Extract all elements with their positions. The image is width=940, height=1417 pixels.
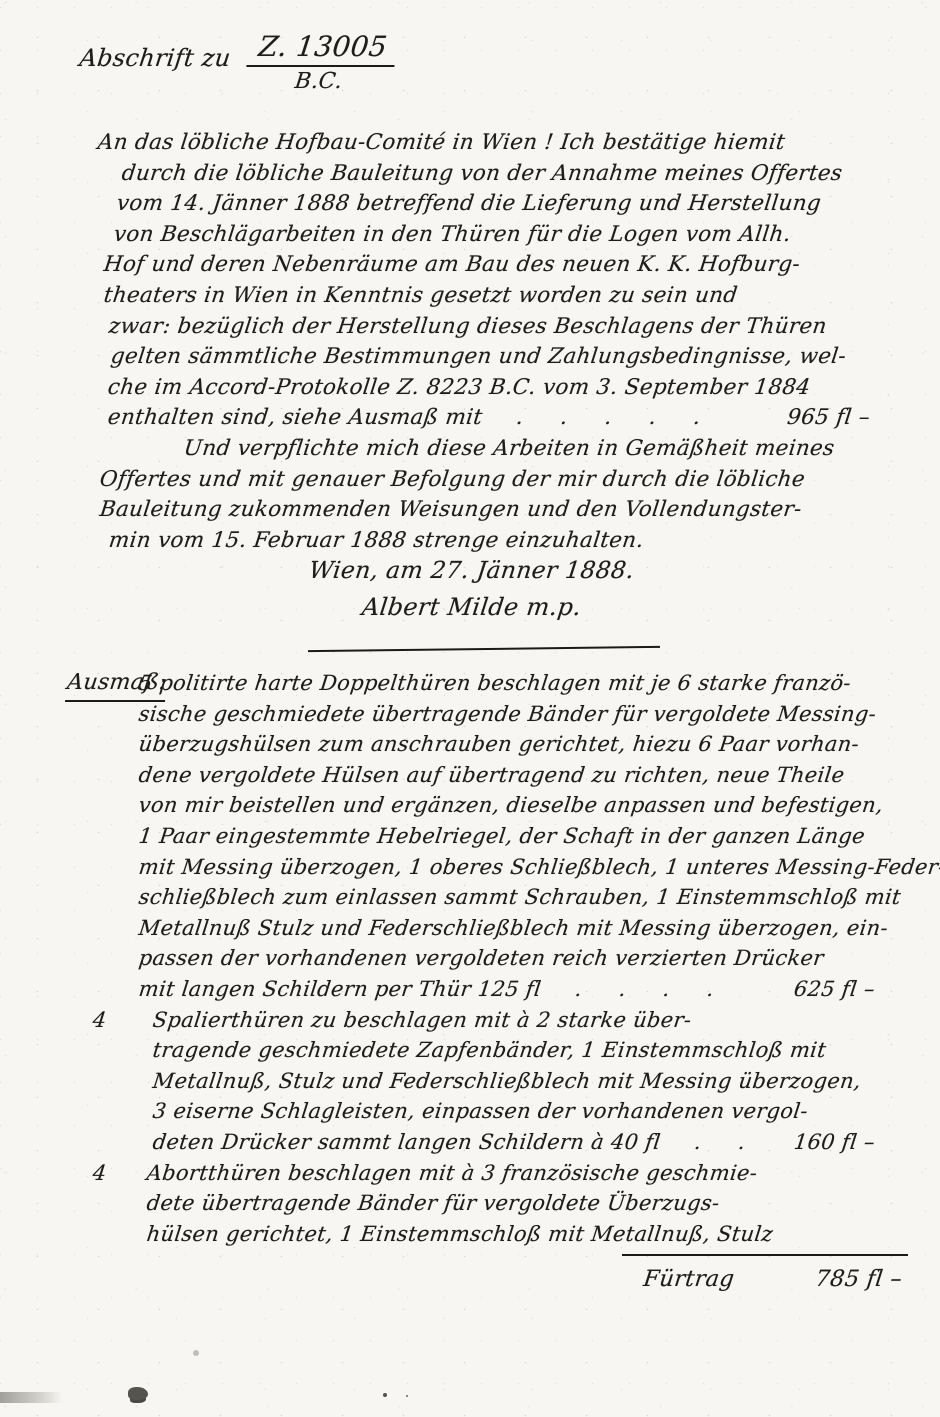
letter-line: Offertes und mit genauer Befolgung der m…	[98, 465, 876, 496]
letter-line: Hof und deren Nebenräume am Bau des neue…	[102, 250, 876, 281]
dateline: Wien, am 27. Jänner 1888.	[60, 556, 883, 584]
file-office: B.C.	[243, 67, 395, 94]
ausmass-section: Ausmaß: 5 politirte harte Doppelthüren b…	[65, 668, 877, 1249]
letter-line: che im Accord-Protokolle Z. 8223 B.C. vo…	[106, 373, 876, 404]
item-number: 4	[91, 1158, 108, 1189]
speck-artifact	[193, 1350, 199, 1356]
item-line: dene vergoldete Hülsen auf übertragend z…	[137, 760, 881, 791]
item-line: passen der vorhandenen vergoldeten reich…	[137, 943, 881, 974]
letter-line: vom 14. Jänner 1888 betreffend die Liefe…	[115, 189, 876, 220]
dot-leaders: . . . .	[540, 977, 716, 1001]
ausmass-item-abortthueren: 4 Abortthüren beschlagen mit à 3 französ…	[137, 1158, 877, 1250]
amount-value: 160 fl –	[792, 1127, 877, 1158]
ausmass-item-doppelthueren: 5 politirte harte Doppelthüren beschlage…	[137, 668, 877, 1005]
item-line: überzugshülsen zum anschrauben gerichtet…	[137, 729, 881, 760]
scan-edge-artifact	[0, 1392, 62, 1403]
item-line: tragende geschmiedete Zapfenbänder, 1 Ei…	[151, 1035, 881, 1066]
letter-line: durch die löbliche Bauleitung von der An…	[120, 159, 876, 190]
letter-line: An das löbliche Hofbau-Comité in Wien ! …	[96, 128, 876, 159]
letter-sum-line: enthalten sind, siehe Ausmaß mit. . . . …	[106, 403, 876, 434]
letter-line: min vom 15. Februar 1888 strenge einzuha…	[107, 526, 876, 557]
amount-value: 625 fl –	[792, 974, 877, 1005]
speck-artifact	[383, 1393, 387, 1397]
item-line: Metallnuß, Stulz und Federschließblech m…	[151, 1066, 881, 1097]
signature: Albert Milde m.p.	[60, 593, 883, 621]
item-sum-line: mit langen Schildern per Thür 125 fl. . …	[137, 974, 881, 1005]
item-line: schließblech zum einlassen sammt Schraub…	[137, 882, 881, 913]
item-line: 5 politirte harte Doppelthüren beschlage…	[137, 668, 881, 699]
letter-line: theaters in Wien in Kenntnis gesetzt wor…	[102, 281, 876, 312]
ausmass-item-spalierthueren: 4 Spalierthüren zu beschlagen mit à 2 st…	[137, 1005, 877, 1158]
item-line: mit Messing überzogen, 1 oberes Schließb…	[137, 852, 881, 883]
carry-forward-amount: 785 fl –	[814, 1266, 904, 1292]
dot-leaders: . . . . .	[481, 405, 702, 430]
letter-line: gelten sämmtliche Bestimmungen und Zahlu…	[109, 342, 876, 373]
carry-forward-label: Fürtrag	[642, 1266, 736, 1292]
sum-text: enthalten sind, siehe Ausmaß mit	[106, 405, 483, 430]
file-number-fraction: Z. 13005 B.C.	[243, 30, 399, 94]
item-line: Spalierthüren zu beschlagen mit à 2 star…	[151, 1005, 881, 1036]
header-prefix: Abschrift zu	[78, 30, 234, 72]
ink-smudge-artifact	[128, 1387, 148, 1400]
item-line: dete übertragende Bänder für vergoldete …	[145, 1188, 881, 1219]
letter-line: Und verpflichte mich diese Arbeiten in G…	[182, 434, 876, 465]
item-sum-line: deten Drücker sammt langen Schildern à 4…	[151, 1127, 881, 1158]
dot-leaders: . .	[659, 1130, 747, 1154]
sum-text: mit langen Schildern per Thür 125 fl	[137, 977, 542, 1001]
carry-forward: Fürtrag 785 fl –	[622, 1254, 908, 1292]
item-line: Abortthüren beschlagen mit à 3 französis…	[145, 1158, 881, 1189]
letter-body: An das löbliche Hofbau-Comité in Wien ! …	[96, 128, 872, 556]
file-number: Z. 13005	[246, 30, 399, 67]
item-line: 1 Paar eingestemmte Hebelriegel, der Sch…	[137, 821, 881, 852]
header-reference: Abschrift zu Z. 13005 B.C.	[78, 30, 391, 94]
item-line: hülsen gerichtet, 1 Einstemmschloß mit M…	[145, 1219, 881, 1250]
letter-line: von Beschlägarbeiten in den Thüren für d…	[112, 220, 876, 251]
item-line: sische geschmiedete übertragende Bänder …	[137, 699, 881, 730]
item-number: 4	[91, 1005, 108, 1036]
item-line: 3 eiserne Schlagleisten, einpassen der v…	[151, 1096, 881, 1127]
item-line: von mir beistellen und ergänzen, dieselb…	[137, 790, 881, 821]
item-line: Metallnuß Stulz und Federschließblech mi…	[137, 913, 881, 944]
letter-line: Bauleitung zukommenden Weisungen und den…	[98, 495, 876, 526]
letter-line: zwar: bezüglich der Herstellung dieses B…	[107, 312, 876, 343]
amount-value: 965 fl –	[785, 403, 871, 434]
scanned-letter-page: { "header": { "prefix": "Abschrift zu", …	[0, 0, 940, 1417]
sum-text: deten Drücker sammt langen Schildern à 4…	[151, 1130, 661, 1154]
